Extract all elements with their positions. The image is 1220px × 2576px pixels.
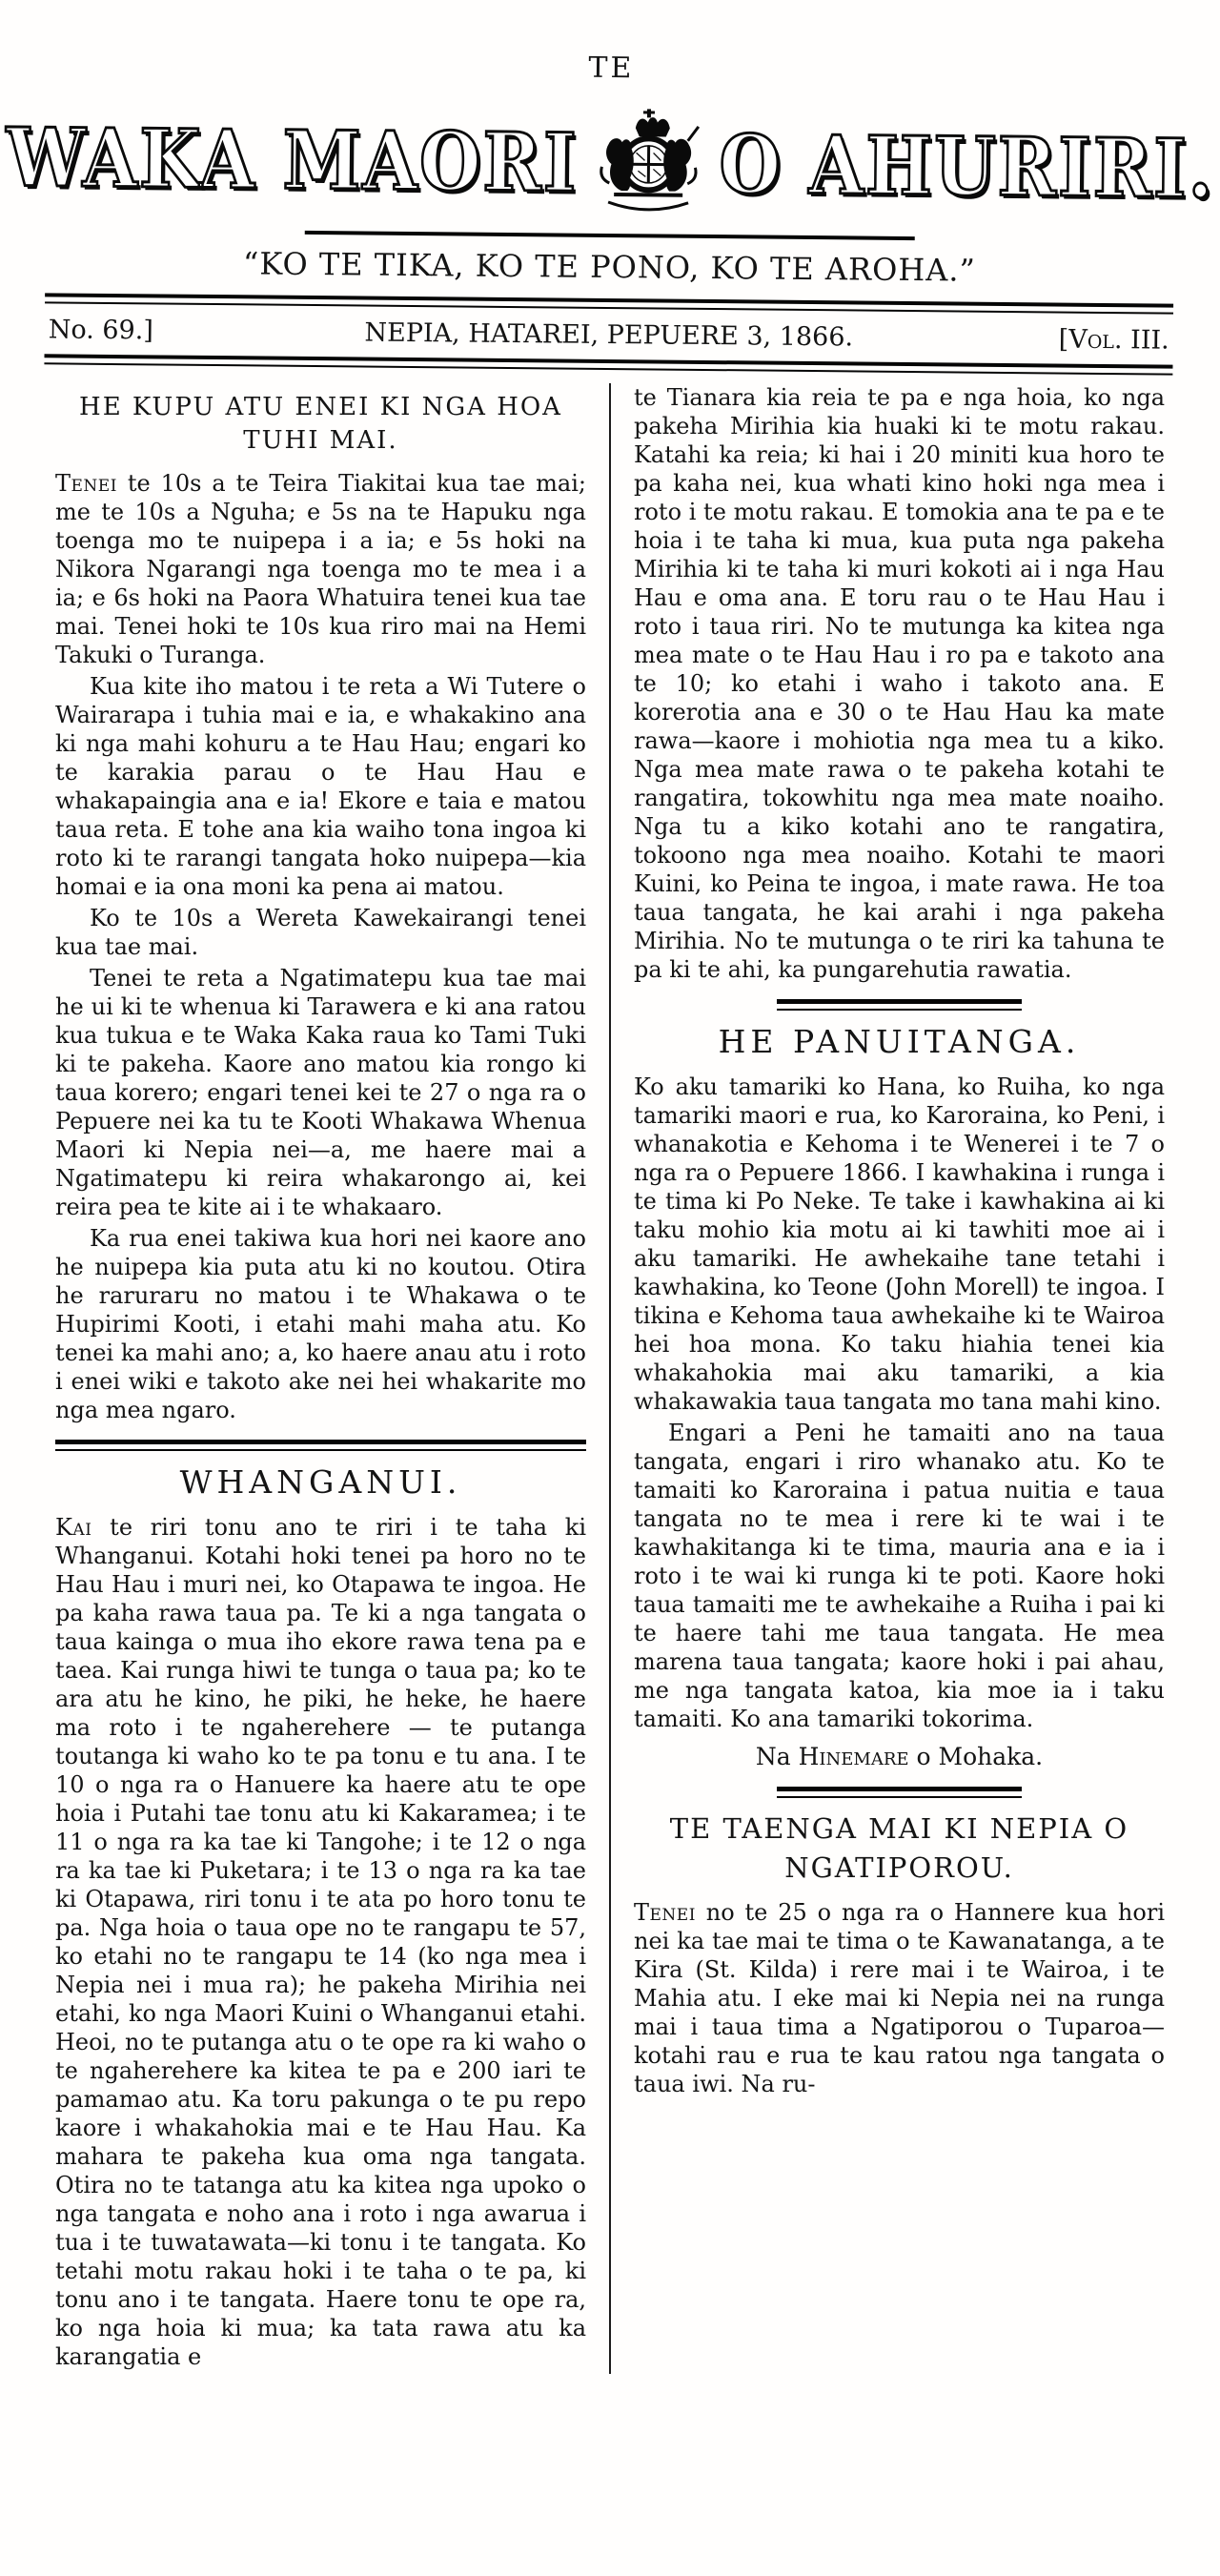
paragraph: Tenei no te 25 o nga ra o Hannere kua ho…: [634, 1898, 1165, 2098]
dateline-row: No. 69.] NEPIA, HATAREI, PEPUERE 3, 1866…: [45, 303, 1173, 364]
dateline-text: NEPIA, HATAREI, PEPUERE 3, 1866.: [364, 318, 853, 353]
masthead-title-right: O AHURIRI.: [719, 118, 1215, 216]
paragraph: Ko te 10s a Wereta Kawekairangi tenei ku…: [55, 904, 586, 961]
right-column: te Tianara kia reia te pa e nga hoia, ko…: [611, 383, 1174, 2374]
masthead: TE WAKA MAORI: [44, 46, 1175, 375]
article-he-kupu-atu: HE KUPU ATU ENEI KI NGA HOA TUHI MAI. Te…: [55, 391, 586, 1424]
signature-name: Hinemare: [799, 1743, 909, 1770]
paragraph: Engari a Peni he tamaiti ano na taua tan…: [634, 1419, 1165, 1733]
section-divider: [777, 1787, 1021, 1798]
motto: “KO TE TIKA, KO TE PONO, KO TE AROHA.”: [45, 243, 1173, 290]
section-divider: [55, 1440, 586, 1451]
royal-coat-of-arms-icon: [587, 105, 710, 224]
paragraph: Tenei te 10s a te Teira Tiakitai kua tae…: [55, 469, 586, 669]
article-heading: WHANGANUI.: [55, 1462, 586, 1502]
article-whanganui: WHANGANUI. Kai te riri tonu ano te riri …: [55, 1462, 586, 2371]
paragraph: Ko aku tamariki ko Hana, ko Ruiha, ko ng…: [634, 1073, 1165, 1416]
article-heading: TE TAENGA MAI KI NEPIA O NGATIPOROU.: [634, 1809, 1165, 1887]
masthead-kicker: TE: [47, 46, 1175, 90]
issue-number: No. 69.]: [49, 315, 153, 345]
newspaper-page: TE WAKA MAORI: [0, 0, 1220, 2576]
signature-line: Na Hinemare o Mohaka.: [634, 1743, 1165, 1771]
lead-word: Tenei: [634, 1899, 696, 1926]
paragraph-text: te riri tonu ano te riri i te taha ki Wh…: [55, 1514, 586, 2370]
paragraph-text: te 10s a te Teira Tiakitai kua tae mai; …: [55, 470, 586, 668]
article-heading: HE PANUITANGA.: [634, 1022, 1165, 1061]
continuation-paragraph: te Tianara kia reia te pa e nga hoia, ko…: [634, 383, 1165, 984]
volume-number: [Vol. III.: [1059, 325, 1169, 356]
paragraph-text: no te 25 o nga ra o Hannere kua hori nei…: [634, 1899, 1165, 2097]
lead-word: Kai: [55, 1514, 91, 1541]
section-divider: [777, 999, 1021, 1011]
masthead-title-left: WAKA MAORI: [6, 112, 579, 211]
article-heading: HE KUPU ATU ENEI KI NGA HOA TUHI MAI.: [55, 391, 586, 458]
paragraph: Tenei te reta a Ngatimatepu kua tae mai …: [55, 964, 586, 1221]
left-column: HE KUPU ATU ENEI KI NGA HOA TUHI MAI. Te…: [46, 383, 609, 2374]
masthead-title-row: WAKA MAORI: [46, 92, 1175, 235]
article-he-panuitanga: HE PANUITANGA. Ko aku tamariki ko Hana, …: [634, 1022, 1165, 1771]
signature-suffix: o Mohaka.: [909, 1743, 1044, 1770]
paragraph: Kai te riri tonu ano te riri i te taha k…: [55, 1513, 586, 2371]
paragraph: Ka rua enei takiwa kua hori nei kaore an…: [55, 1224, 586, 1424]
signature-prefix: Na: [756, 1743, 799, 1770]
masthead-rule: [305, 231, 915, 240]
article-te-taenga: TE TAENGA MAI KI NEPIA O NGATIPOROU. Ten…: [634, 1809, 1165, 2098]
paragraph: Kua kite iho matou i te reta a Wi Tutere…: [55, 672, 586, 901]
page-columns: HE KUPU ATU ENEI KI NGA HOA TUHI MAI. Te…: [46, 383, 1174, 2374]
lead-word: Tenei: [55, 470, 117, 497]
